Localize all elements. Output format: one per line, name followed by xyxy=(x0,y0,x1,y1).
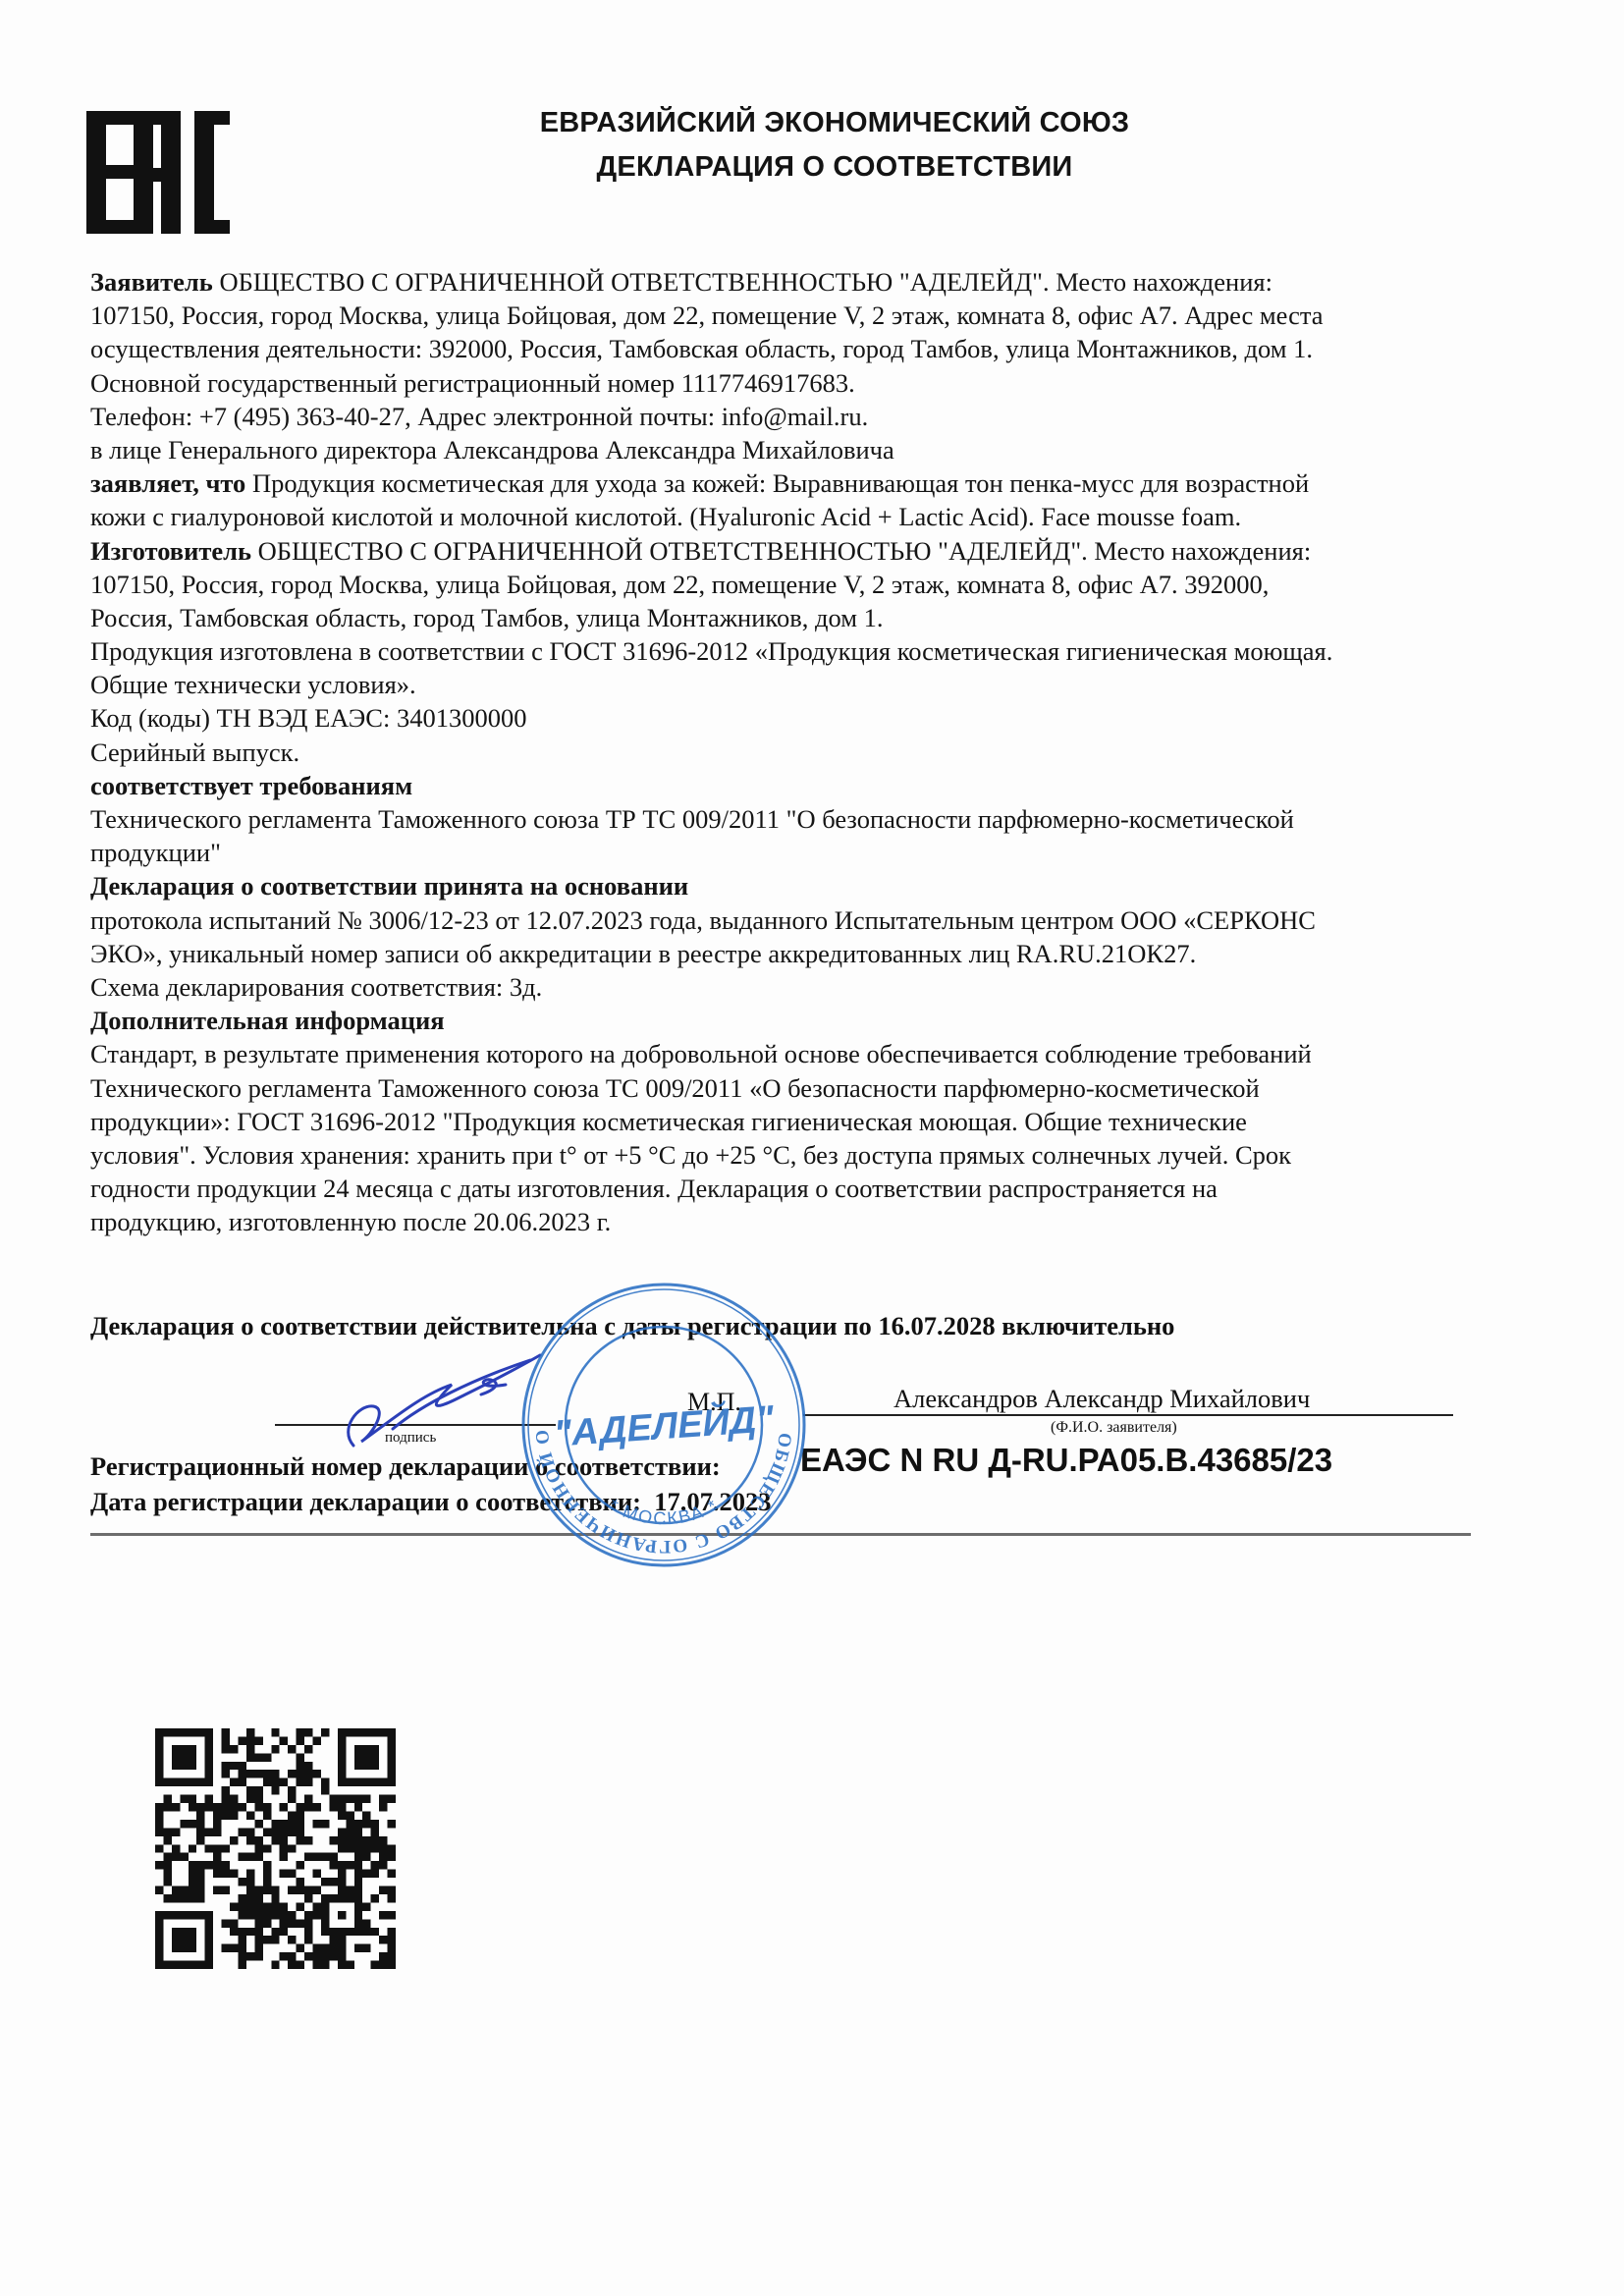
registration-number: ЕАЭС N RU Д-RU.РА05.В.43685/23 xyxy=(800,1442,1332,1479)
applicant-contacts: Телефон: +7 (495) 363-40-27, Адрес элект… xyxy=(90,400,1475,433)
serial-release: Серийный выпуск. xyxy=(90,736,1475,769)
company-seal-icon: ОБЩЕСТВО С ОГРАНИЧЕННОЙ ОТВЕТСТВЕННОСТЬЮ… xyxy=(518,1280,809,1570)
manufacturer-address-2: Россия, Тамбовская область, город Тамбов… xyxy=(90,601,1475,634)
additional-line: продукцию, изготовленную после 20.06.202… xyxy=(90,1205,1475,1238)
applicant-line: Заявитель ОБЩЕСТВО С ОГРАНИЧЕННОЙ ОТВЕТС… xyxy=(90,265,1475,299)
declaration-page: ЕВРАЗИЙСКИЙ ЭКОНОМИЧЕСКИЙ СОЮЗ ДЕКЛАРАЦИ… xyxy=(0,0,1624,2296)
manufacturer-label: Изготовитель xyxy=(90,536,251,566)
declares-label: заявляет, что xyxy=(90,468,245,498)
applicant-label: Заявитель xyxy=(90,267,213,297)
applicant-address: 107150, Россия, город Москва, улица Бойц… xyxy=(90,299,1475,332)
product-description: кожи с гиалуроновой кислотой и молочной … xyxy=(90,500,1475,533)
standard-note-2: Общие технически условия». xyxy=(90,668,1475,701)
seal-company-name: "АДЕЛЕЙД" xyxy=(553,1395,777,1455)
eac-logo-icon xyxy=(86,111,230,234)
manufacturer-line: Изготовитель ОБЩЕСТВО С ОГРАНИЧЕННОЙ ОТВ… xyxy=(90,534,1475,568)
declaration-scheme: Схема декларирования соответствия: 3д. xyxy=(90,970,1475,1004)
conforms-heading: соответствует требованиям xyxy=(90,769,1475,802)
signer-name-line xyxy=(803,1414,1453,1416)
applicant-ogrn: Основной государственный регистрационный… xyxy=(90,366,1475,400)
signer-caption: (Ф.И.О. заявителя) xyxy=(1051,1419,1177,1437)
signer-name: Александров Александр Михайлович xyxy=(893,1384,1310,1414)
qr-code-icon[interactable] xyxy=(155,1723,396,1974)
seal-city-text: * МОСКВА * xyxy=(606,1495,722,1528)
additional-line: условия". Условия хранения: хранить при … xyxy=(90,1138,1475,1172)
tnved-code: Код (коды) ТН ВЭД ЕАЭС: 3401300000 xyxy=(90,701,1475,735)
test-protocol: протокола испытаний № 3006/12-23 от 12.0… xyxy=(90,903,1475,937)
manufacturer-address: 107150, Россия, город Москва, улица Бойц… xyxy=(90,568,1475,601)
additional-line: Технического регламента Таможенного союз… xyxy=(90,1071,1475,1105)
additional-line: Стандарт, в результате применения которо… xyxy=(90,1037,1475,1070)
standard-note: Продукция изготовлена в соответствии с Г… xyxy=(90,634,1475,668)
union-title: ЕВРАЗИЙСКИЙ ЭКОНОМИЧЕСКИЙ СОЮЗ xyxy=(373,107,1296,139)
applicant-activity-address: осуществления деятельности: 392000, Росс… xyxy=(90,332,1475,365)
svg-text:* МОСКВА *: * МОСКВА * xyxy=(606,1495,722,1528)
document-title: ДЕКЛАРАЦИЯ О СООТВЕТСТВИИ xyxy=(373,151,1296,184)
additional-line: продукции»: ГОСТ 31696-2012 "Продукция к… xyxy=(90,1105,1475,1138)
additional-line: годности продукции 24 месяца с даты изго… xyxy=(90,1172,1475,1205)
declaration-body: Заявитель ОБЩЕСТВО С ОГРАНИЧЕННОЙ ОТВЕТС… xyxy=(90,265,1475,1238)
regulation-line-2: продукции" xyxy=(90,836,1475,869)
applicant-representative: в лице Генерального директора Александро… xyxy=(90,433,1475,466)
declares-line: заявляет, что Продукция косметическая дл… xyxy=(90,466,1475,500)
basis-heading: Декларация о соответствии принята на осн… xyxy=(90,869,1475,902)
additional-heading: Дополнительная информация xyxy=(90,1004,1475,1037)
regulation-line: Технического регламента Таможенного союз… xyxy=(90,802,1475,836)
test-protocol-2: ЭКО», уникальный номер записи об аккреди… xyxy=(90,937,1475,970)
